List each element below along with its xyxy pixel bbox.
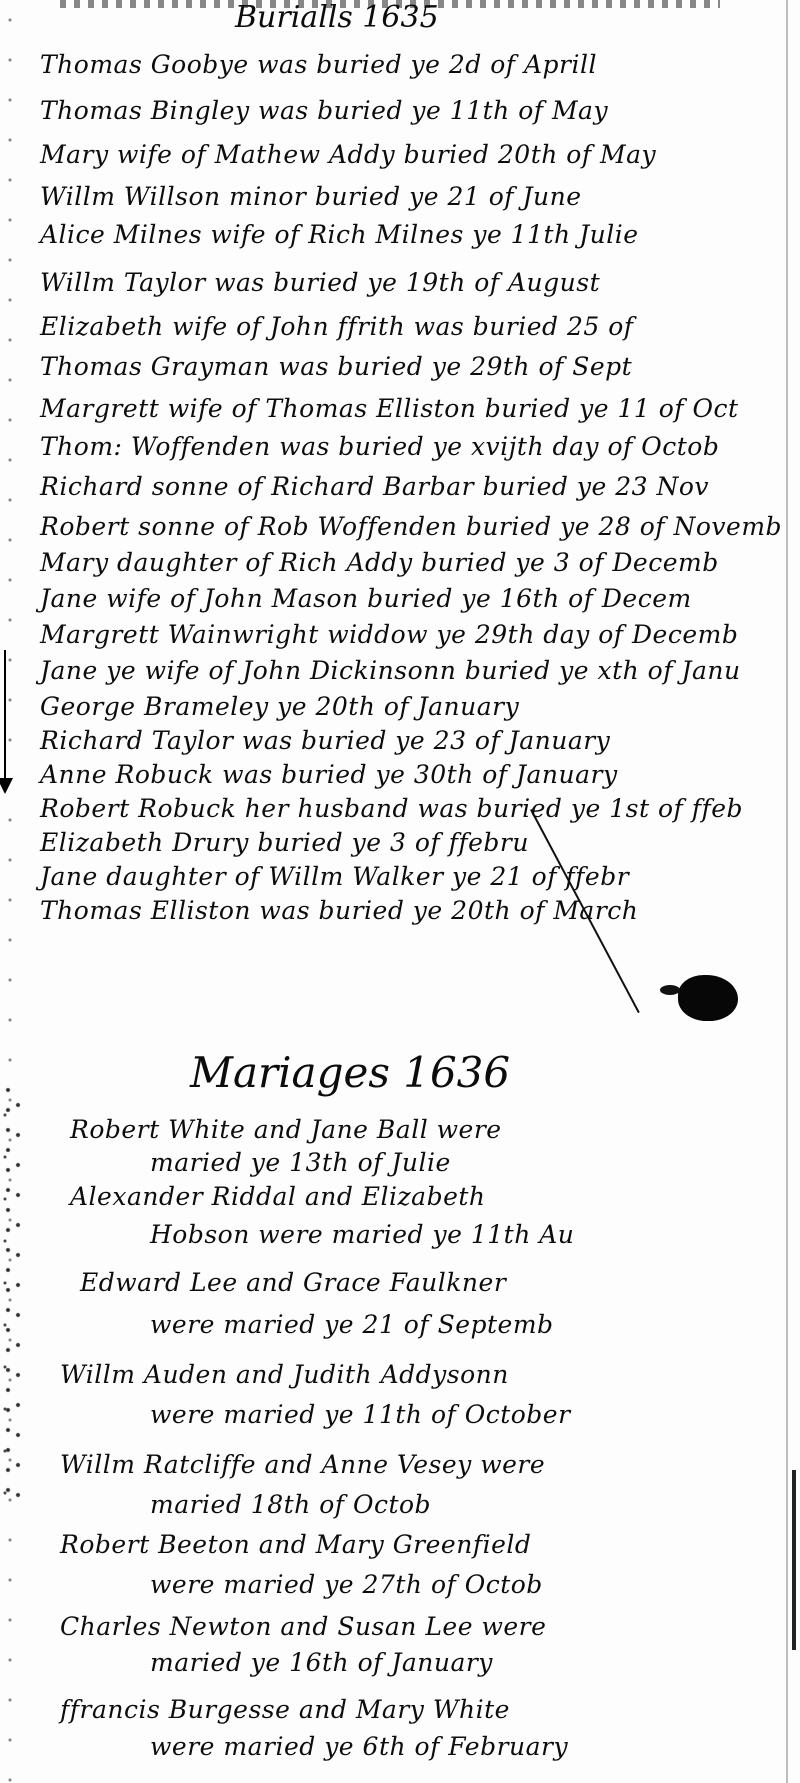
marriage-entry-line1: Willm Ratcliffe and Anne Vesey were xyxy=(60,1450,545,1479)
burial-entry: Jane wife of John Mason buried ye 16th o… xyxy=(40,584,692,613)
burial-entry: Margrett Wainwright widdow ye 29th day o… xyxy=(40,620,738,649)
burial-entry: Thom: Woffenden was buried ye xvijth day… xyxy=(40,432,719,461)
burial-entry: Mary wife of Mathew Addy buried 20th of … xyxy=(40,140,656,169)
marriage-entry-line1: Robert Beeton and Mary Greenfield xyxy=(60,1530,531,1559)
marriage-entry-line2: were maried ye 6th of February xyxy=(150,1732,568,1761)
right-page-edge xyxy=(786,0,788,1783)
burial-entry: Elizabeth wife of John ffrith was buried… xyxy=(40,312,634,341)
ink-blot xyxy=(678,975,738,1021)
burial-entry: Robert sonne of Rob Woffenden buried ye … xyxy=(40,512,782,541)
burial-entry: Thomas Goobye was buried ye 2d of Aprill xyxy=(40,50,597,79)
burial-entry: Robert Robuck her husband was buried ye … xyxy=(40,794,743,823)
burial-entry: Mary daughter of Rich Addy buried ye 3 o… xyxy=(40,548,719,577)
right-edge-bar xyxy=(792,1470,796,1650)
marriage-entry-line2: were maried ye 21 of Septemb xyxy=(150,1310,554,1339)
marriage-entry-line1: Charles Newton and Susan Lee were xyxy=(60,1612,546,1641)
marriage-entry-line1: Robert White and Jane Ball were xyxy=(70,1115,502,1144)
burial-entry: Thomas Grayman was buried ye 29th of Sep… xyxy=(40,352,632,381)
burial-entry: George Brameley ye 20th of January xyxy=(40,692,519,721)
marriage-entry-line2: maried 18th of Octob xyxy=(150,1490,431,1519)
burial-entry: Thomas Elliston was buried ye 20th of Ma… xyxy=(40,896,638,925)
burial-entry: Margrett wife of Thomas Elliston buried … xyxy=(40,394,739,423)
marriage-entry-line2: were maried ye 11th of October xyxy=(150,1400,571,1429)
marriage-entry-line2: were maried ye 27th of Octob xyxy=(150,1570,543,1599)
manuscript-page: Burialls 1635 Thomas Goobye was buried y… xyxy=(0,0,800,1783)
marriage-entry-line1: ffrancis Burgesse and Mary White xyxy=(60,1695,510,1724)
left-edge-speckle xyxy=(0,0,34,1783)
marriages-heading: Mariages 1636 xyxy=(190,1048,510,1097)
burial-entry: Willm Willson minor buried ye 21 of June xyxy=(40,182,582,211)
burial-entry: Richard Taylor was buried ye 23 of Janua… xyxy=(40,726,610,755)
left-edge-dark-speckle xyxy=(0,1080,28,1500)
burial-entry: Willm Taylor was buried ye 19th of Augus… xyxy=(40,268,600,297)
burial-entry: Alice Milnes wife of Rich Milnes ye 11th… xyxy=(40,220,639,249)
marriage-entry-line2: maried ye 13th of Julie xyxy=(150,1148,451,1177)
burial-entry: Thomas Bingley was buried ye 11th of May xyxy=(40,96,608,125)
marriage-entry-line1: Willm Auden and Judith Addysonn xyxy=(60,1360,509,1389)
burial-entry: Jane ye wife of John Dickinsonn buried y… xyxy=(40,656,741,685)
burials-heading: Burialls 1635 xyxy=(235,0,439,35)
marriage-entry-line1: Edward Lee and Grace Faulkner xyxy=(80,1268,506,1297)
burial-entry: Richard sonne of Richard Barbar buried y… xyxy=(40,472,709,501)
burial-entry: Anne Robuck was buried ye 30th of Januar… xyxy=(40,760,618,789)
burial-entry: Elizabeth Drury buried ye 3 of ffebru xyxy=(40,828,529,857)
marriage-entry-line1: Alexander Riddal and Elizabeth xyxy=(70,1182,486,1211)
margin-arrow-down-icon xyxy=(4,650,6,780)
marriage-entry-line2: maried ye 16th of January xyxy=(150,1648,493,1677)
burial-entry: Jane daughter of Willm Walker ye 21 of f… xyxy=(40,862,629,891)
marriage-entry-line2: Hobson were maried ye 11th Au xyxy=(150,1220,574,1249)
